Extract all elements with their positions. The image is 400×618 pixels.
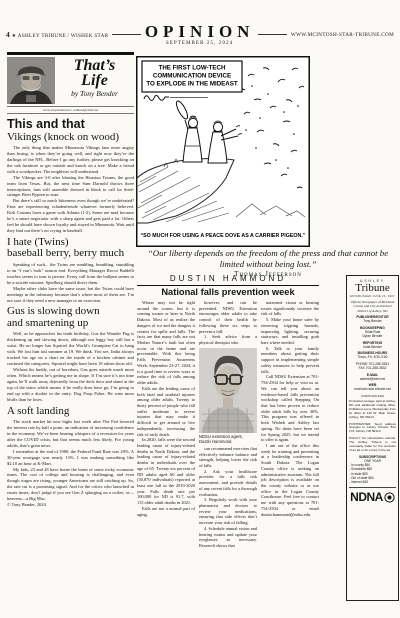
headline-soft-landing: A soft landing — [7, 406, 134, 417]
subscription-rates: - In county $50- Snowbirds $55- In state… — [349, 463, 396, 484]
masthead-established: ESTABLISHED JUNE 20, 1907 — [349, 295, 396, 298]
paper-flag: ASHLEY TRIBUNE / WISHEK STAR — [18, 33, 109, 39]
fax-line: FAX 701-288-3532 — [349, 366, 396, 370]
publisher-name: Tony Bender — [349, 319, 396, 323]
tribune-masthead: ASHLEY Tribune ESTABLISHED JUNE 20, 1907… — [346, 275, 399, 601]
column-byline: by Tony Bender — [55, 89, 134, 98]
headline-gus: Gus is slowing down and smartening up — [7, 306, 134, 329]
column-title: That’s Life — [55, 59, 134, 88]
article-body: Well, as he approaches his tenth birthda… — [7, 331, 134, 402]
postage-notice: Periodical postage paid at Ashley, ND an… — [349, 400, 396, 420]
masthead-tribune: Tribune — [349, 283, 396, 294]
thats-life-column: That’s Life by Tony Bender www.tonybende… — [7, 52, 134, 507]
header-left: 4 ★ ASHLEY TRIBUNE / WISHEK STAR — [6, 30, 108, 39]
web-value: mcintosh-star-tribune.net — [349, 387, 396, 391]
quote-text: “Our liberty depends on the freedom of t… — [138, 248, 398, 269]
headline-this-and-that: This and that — [7, 118, 134, 131]
bookkeeping-names: Gilda Rust Dylan Bender — [349, 330, 396, 338]
masthead-official-newspaper: Official Newspaper of McIntosh County an… — [349, 300, 396, 313]
reporting-name: India Bender — [349, 345, 396, 349]
ndna-logo-text: NDNA — [350, 490, 383, 504]
issue-date: SEPTEMBER 25, 2024 — [145, 41, 255, 46]
usps-number: (USPS 033-440) — [349, 394, 396, 398]
article-headline: National falls prevention week — [137, 287, 319, 297]
headline-twins: I hate (Twins) baseball berry, berry muc… — [7, 237, 134, 260]
falls-article: DUSTIN HAMMOND National falls prevention… — [137, 274, 319, 549]
dustin-hammond-photo — [199, 348, 257, 433]
byline-rule — [137, 285, 319, 286]
star-icon: ★ — [12, 34, 17, 39]
header-rule-left — [112, 34, 140, 35]
ndna-logo: NDNA — [349, 487, 396, 504]
article-col-2-bottom: can recommend exercises that effectively… — [199, 446, 257, 549]
subhead-vikings: Vikings (knock on wood) — [7, 132, 134, 143]
article-body: Speaking of such... the Twins are rumbli… — [7, 262, 134, 304]
cartoon-caption-line2: COMMUNICATION DEVICE — [153, 73, 231, 80]
page-header: 4 ★ ASHLEY TRIBUNE / WISHEK STAR OPINION… — [6, 23, 394, 46]
thats-life-masthead: That’s Life by Tony Bender — [7, 52, 134, 104]
ndna-seal-icon — [384, 492, 395, 503]
newspaper-page: 4 ★ ASHLEY TRIBUNE / WISHEK STAR OPINION… — [0, 0, 400, 618]
article-col-2: however, and can be prevented. NDSU Exte… — [199, 300, 257, 549]
policy-notice: POLICY: No subscription refunds. The Ash… — [349, 437, 396, 453]
copyright-line: © Tony Bender, 2024 — [7, 502, 134, 507]
author-contact: www.tonybender.net | redhead@drtel.net — [7, 106, 134, 114]
postmaster-notice: POSTMASTER: Send address changes to Ashl… — [349, 423, 396, 435]
photo-caption: NDSU extension agent, Dustin Hammond. — [199, 434, 257, 444]
page-number: 4 — [6, 30, 10, 39]
thats-life-title-block: That’s Life by Tony Bender — [55, 57, 134, 104]
article-byline: DUSTIN HAMMOND — [137, 274, 319, 283]
article-body: The only thing that makes Minnesota Viki… — [7, 145, 134, 234]
email-value: ashtrib@drtel.net — [349, 377, 396, 381]
header-center: OPINION SEPTEMBER 25, 2024 — [145, 23, 255, 46]
article-col-2-top: however, and can be prevented. NDSU Exte… — [199, 300, 257, 346]
header-rule-right — [258, 34, 286, 35]
cartoon-caption-bottom: “SO MUCH FOR USING A PEACE DOVE AS A CAR… — [140, 233, 305, 239]
article-col-3: untreated vision or hearing issues signi… — [261, 300, 319, 549]
cartoon-drawing: THE FIRST LOW-TECH COMMUNICATION DEVICE … — [136, 56, 310, 247]
section-title: OPINION — [145, 23, 255, 40]
article-body: The stock market hit new highs last week… — [7, 419, 134, 502]
cartoon-caption-line3: TO EXPLODE IN THE MIDEAST — [146, 81, 238, 88]
article-col-1: Winter may not be right around the corne… — [137, 300, 195, 549]
website-url: WWW.MCINTOSH-STAR-TRIBUNE.COM — [291, 32, 394, 38]
tony-bender-photo — [7, 57, 55, 104]
hours-value: Thurs.-Fri. 8:30-3:00 — [349, 355, 396, 359]
editorial-cartoon: THE FIRST LOW-TECH COMMUNICATION DEVICE … — [136, 56, 310, 252]
cartoon-caption-line1: THE FIRST LOW-TECH — [159, 65, 226, 72]
article-columns: Winter may not be right around the corne… — [137, 300, 319, 549]
